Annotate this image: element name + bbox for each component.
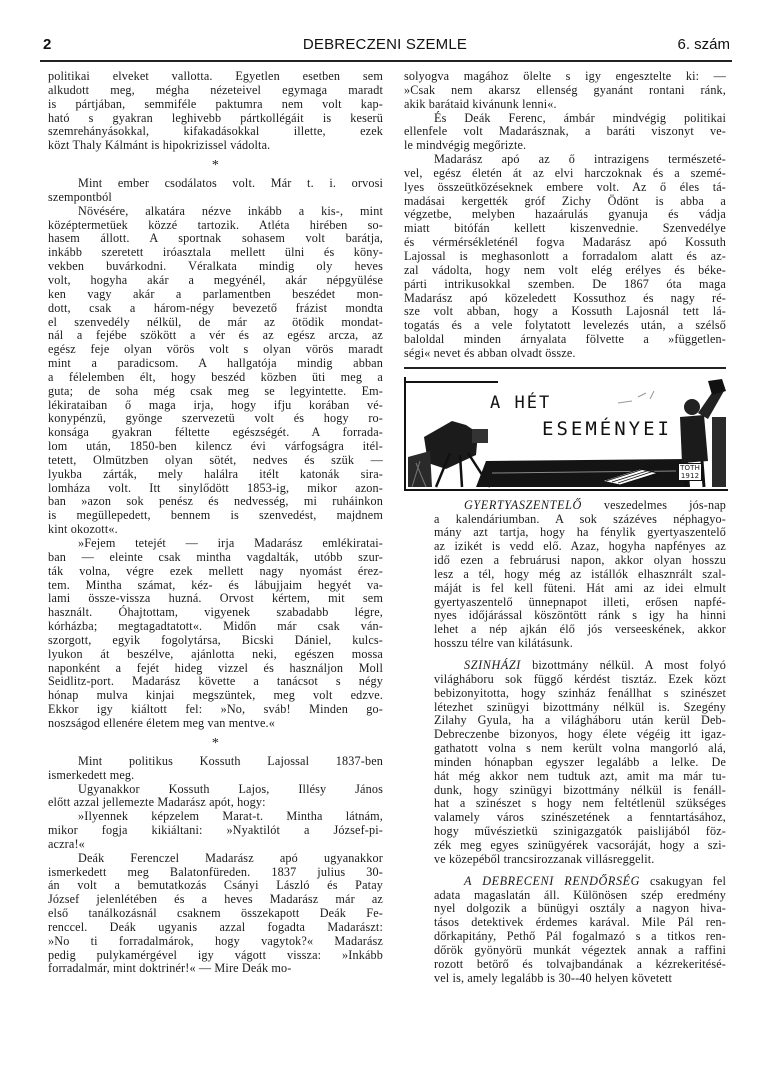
text-line: hat a szinészet s hogy nem feltétlenül s… [404,797,726,811]
text-line: dunk, hogy szinügyi bizottmány nélkül is… [404,784,726,798]
text-line: gyertyaszentelő ünnepnapot illeti, erőse… [404,596,726,610]
news-lead-debreceni-rendorseg: DEBRECENI RENDŐRSÉG [482,874,640,888]
text-line: Madarász apó az ő intrazigens természeté… [404,153,726,167]
text-line: nál a fejébe szökött a vér és az egész a… [48,329,383,343]
paragraph: Növésére, alkatára nézve inkább a kis-, … [48,205,383,537]
text-line: baloldal minden árnyalata fölvette a »fü… [404,333,726,347]
text-line: forradalmár, mint doktrinér!« — Mire Deá… [48,962,383,976]
text-line: a kalendáriumban. A sok százéves néphagy… [404,513,726,527]
lead-prefix: A [464,874,482,888]
text-line: szempontból [48,191,383,205]
text-line: alkudott meg, mégha nézeteivel egymaga m… [48,84,383,98]
text-line: máját is fel kell füteni. Hát ami az ide… [404,582,726,596]
text-line: madásai kergették gróf Zichy Ödönt is ab… [404,195,726,209]
text-line: ban »azon sok penész és nedvesség, mi ru… [48,495,383,509]
text-line: ellenfele volt Madarásznak, a baráti vis… [404,125,726,139]
text-line: lyukon át beszélve, ajánlotta neki, egés… [48,648,383,662]
text-line: dott, csak a három-négy bevezető frázist… [48,302,383,316]
text-line: végzetbe, melyben hazaárulás gyanuja és … [404,208,726,222]
text-line: használt. Óhajtottam, vigyenek szabadabb… [48,606,383,620]
page-header: 2 DEBRECZENI SZEMLE 6. szám [40,33,730,55]
issue-number: 6. szám [677,36,730,53]
text-line: előtt azzal jellemezte Madarász apót, ho… [48,796,383,810]
text-line: le mindvégig megőrizte. [404,139,726,153]
text-line: dőrök gyönyörü munkát végeztek annak a r… [404,944,726,958]
text-line: hosszu télre van kilátásunk. [404,637,726,651]
text-line: zék meg egyes szinügyérek vacsoráját, ho… [404,839,726,853]
text-line: aczra!« [48,838,383,852]
text-line: gathatott volna s nem került volna mango… [404,742,726,756]
text-line: naponként a fejét hideg vizzel és haszná… [48,662,383,676]
banner-title-line1: A HÉT [490,397,551,411]
text-line: lomháza volt. Itt sinylődött 1853-ig, mi… [48,482,383,496]
section-separator: * [48,159,383,173]
text-line: lehet a nép ajkán élő jós verseeskének, … [404,623,726,637]
text-line: középtermetüek közzé tartozik. Atléta hi… [48,219,383,233]
text-line: nyes időjárással köszöntött ránk s igy h… [404,609,726,623]
text-line: mint a paradicsom. A hallgatója mindig a… [48,357,383,371]
news-item-szinhazi: SZINHÁZI bizottmány nélkül. A most folyó… [404,659,726,867]
text-line: volt, hogyha akár a megyénél, akár népgy… [48,274,383,288]
text-line: első tanálkozásnál csaknem összekapott D… [48,907,383,921]
text-line: Növésére, alkatára nézve inkább a kis-, … [48,205,383,219]
text-line: vekben buvárkodni. Véralkata mindig oly … [48,260,383,274]
banner-title-line2: ESEMÉNYEI [542,423,672,437]
text-line: »Csak nem akarsz ellenség gyanánt rontan… [404,84,726,98]
text-line: Zilahy Gyula, ha a világháboru után kerü… [404,714,726,728]
text-line: »No ti forradalmárok, hogy vagytok?« Mad… [48,935,383,949]
paragraph: Madarász apó az ő intrazigens természeté… [404,153,726,361]
text-line: is megüllepedett, bennem is szenvedést, … [48,509,383,523]
text-line: politikai elveket vallotta. Egyetlen ese… [48,70,383,84]
text-line: És Deák Ferenc, ámbár mindvégig politika… [404,112,726,126]
news-lead-gyertyaszentelo: GYERTYASZENTELŐ [464,498,582,512]
text-line: tem. Mintha számat, kéz- és lábujjaim he… [48,579,383,593]
text-line: az izikét is vedd elő. Azaz, hogyha napf… [404,540,726,554]
text-line: konsága gyakran féltette egészségét. A f… [48,426,383,440]
text-line: solyogva magához ölelte s igy engesztelt… [404,70,726,84]
text-line: hasem állott. A sportnak sohasem volt ba… [48,232,383,246]
text-line: létezhet szinügyi bizottmány nélkül is. … [404,701,726,715]
text-line: és vérmérsékleténél fogva Madarász apó K… [404,236,726,250]
paragraph: »Fejem tetejét — irja Madarász emlékirat… [48,537,383,731]
text-line: vel, egész életén át az elvi harczoknak … [404,167,726,181]
text-line: inkább szeretett iróasztala mellett ülni… [48,246,383,260]
text-line: renccel. Deák ugyanis azzal fogadta Mada… [48,921,383,935]
text-line: Deák Ferenczel Madarász apó ugyanakkor [48,852,383,866]
text-line: mány azt tartja, hogy ha fénylik gyertya… [404,526,726,540]
text-line: GYERTYASZENTELŐ veszedelmes jós-nap [404,499,726,513]
text-line: közt Thaly Kálmánt is hipokrizissel vádo… [48,139,383,153]
text-line: tetett, Olmützben olyan sötét, nedves és… [48,454,383,468]
text-line: SZINHÁZI bizottmány nélkül. A most folyó [404,659,726,673]
header-rule [40,60,732,62]
text-line: noszságod ellenére életem meg van mentve… [48,717,383,731]
section-rule [404,367,726,369]
text-line: togatás és a vele folytatott levelezés u… [404,319,726,333]
paragraph: politikai elveket vallotta. Egyetlen ese… [48,70,383,153]
left-column: politikai elveket vallotta. Egyetlen ese… [48,70,383,976]
text-line: világháboru sok függő kérdést tisztáz. E… [404,673,726,687]
text-line: án volt a bemutatkozás Csányi László és … [48,879,383,893]
paragraph: És Deák Ferenc, ámbár mindvégig politika… [404,112,726,154]
text-line: rozott betörő és tolvajbandának a kézrek… [404,958,726,972]
text-line: lami össze-vissza huzná. Orvost kértem, … [48,592,383,606]
text-line: hogy művészietkü szinigazgatók paislijáb… [404,825,726,839]
text-line: lesz a tél, hogy még az istállók elhaszn… [404,568,726,582]
text-line: bebizonyitotta, hogy szinház fenállhat s… [404,687,726,701]
text-line: sze volt abban, hogy a Kossuth Lajosnál … [404,305,726,319]
text-line: tásos detektivek érdemes karával. Mile P… [404,916,726,930]
text-line: miatt bitófán kellett kiszenvednie. Szen… [404,222,726,236]
text-line: kint okozott«. [48,523,383,537]
text-line: Seidlitz-port. Madarász követte a tanács… [48,675,383,689]
news-item-rendorseg: A DEBRECENI RENDŐRSÉG csakugyan feladata… [404,875,726,986]
paragraph: Ugyanakkor Kossuth Lajos, Illésy Jánosel… [48,783,383,811]
text-line: Madarász apó közeledett Kossuthoz és nag… [404,292,726,306]
text-line: Lajossal is meghasonlott a forradalom al… [404,250,726,264]
text-line: Ekkor igy kiáltott fel: »No, sváb! Minde… [48,703,383,717]
text-line: akik barátaid kivánunk lenni«. [404,98,726,112]
paragraph: Mint politikus Kossuth Lajossal 1837-ben… [48,755,383,783]
text-line: a félelemben élt, hogy beszéd közben üti… [48,371,383,385]
text-line: lyukba zárták, mely halálra itélt katoná… [48,468,383,482]
text-line: ták volna, végre ezek mellett nagy nyomá… [48,565,383,579]
text-line: szorgott, egyik fogolytársa, Bicski Dáni… [48,634,383,648]
text-line: A DEBRECENI RENDŐRSÉG csakugyan fel [404,875,726,889]
text-line: Mint ember csodálatos volt. Már t. i. or… [48,177,383,191]
text-line: zal vádolta, hogy nem volt elég erélyes … [404,264,726,278]
text-line: idő ezen a februárusi napon, akkor olyan… [404,554,726,568]
text-line: lyes összeütközéseknek embere volt. Az ő… [404,181,726,195]
text-line: szemrehányásokkal, kifakadásokkal illett… [48,125,383,139]
paragraph: solyogva magához ölelte s igy engesztelt… [404,70,726,112]
text-line: lékirataiban ő maga irja, hogy ifju korá… [48,399,383,413]
text-line: valamely város szinészetének a fenntartá… [404,811,726,825]
artist-signature: TÓTH 1912 [678,463,702,481]
text-line: is pártjában, semmiféle paktumra nem vol… [48,98,383,112]
text-line: ható s gyakran leghivebb pártkollégáit i… [48,112,383,126]
text-line: ban — eleinte csak mintha vagdalták, utó… [48,551,383,565]
section-separator: * [48,737,383,751]
paragraph: Mint ember csodálatos volt. Már t. i. or… [48,177,383,205]
text-line: Ugyanakkor Kossuth Lajos, Illésy János [48,783,383,797]
journal-title: DEBRECZENI SZEMLE [40,36,730,53]
text-line: József jelenlétében és a heves Madarász … [48,893,383,907]
text-line: adata magaslatán áll. Különösen szép ere… [404,889,726,903]
text-line: hát még akkor nem tudtuk azt, amit ma má… [404,770,726,784]
text-line: ken vagy akár a parlamentben beszédet mo… [48,288,383,302]
text-line: guta; de soha még csak meg se legyintett… [48,385,383,399]
text-line: minden hónapban egyszer legalább a lelke… [404,756,726,770]
text-line: Mint politikus Kossuth Lajossal 1837-ben [48,755,383,769]
text-line: dőrkapitány, Pethő Pál fogalmazó s a tit… [404,930,726,944]
text-line: ismerkedett meg Balatonfüreden. 1837 jul… [48,866,383,880]
text-line: ségi« nevet és abban olvadt össze. [404,347,726,361]
text-line: ismerkedett meg. [48,769,383,783]
text-line: mikor fogja kikiáltani: »Nyaktilót a Józ… [48,824,383,838]
news-lead-szinhazi: SZINHÁZI [464,658,521,672]
text-line: kórházba; megtagadtatott«. Midőn már csa… [48,620,383,634]
text-line: párti intrikusokkal szemben. De 1867 óta… [404,278,726,292]
text-line: nyel dolgozik a bünügyi osztály a nagyon… [404,902,726,916]
text-line: el szenvedély nélkül, de már az ötödik m… [48,316,383,330]
text-line: »Fejem tetejét — irja Madarász emlékirat… [48,537,383,551]
text-line: egész feje olyan vörös volt s olyan vörö… [48,343,383,357]
text-line: hónap mulva kinjai megszüntek, meg volt … [48,689,383,703]
right-column: solyogva magához ölelte s igy engesztelt… [404,70,726,985]
text-line: pedig pulykamérgével igy vágott vissza: … [48,949,383,963]
text-line: lom után, 1850-ben kilencz évi várfogság… [48,440,383,454]
section-banner-illustration: A HÉT ESEMÉNYEI TÓTH 1912 [404,377,728,491]
text-line: »Ilyennek képzelem Marat-t. Mintha látná… [48,810,383,824]
paragraph: Deák Ferenczel Madarász apó ugyanakkoris… [48,852,383,977]
paragraph: »Ilyennek képzelem Marat-t. Mintha látná… [48,810,383,852]
text-line: ve közepéből trancsirozzanak villásregge… [404,853,726,867]
text-line: konypénzü, gyönge szervezetü volt és hog… [48,412,383,426]
news-item-gyertyaszentelo: GYERTYASZENTELŐ veszedelmes jós-napa kal… [404,499,726,651]
text-line: Debreczenbe bizonyos, hogy élete végéig … [404,728,726,742]
text-line: vel is, amely legalább is 30--40 helyen … [404,972,726,986]
